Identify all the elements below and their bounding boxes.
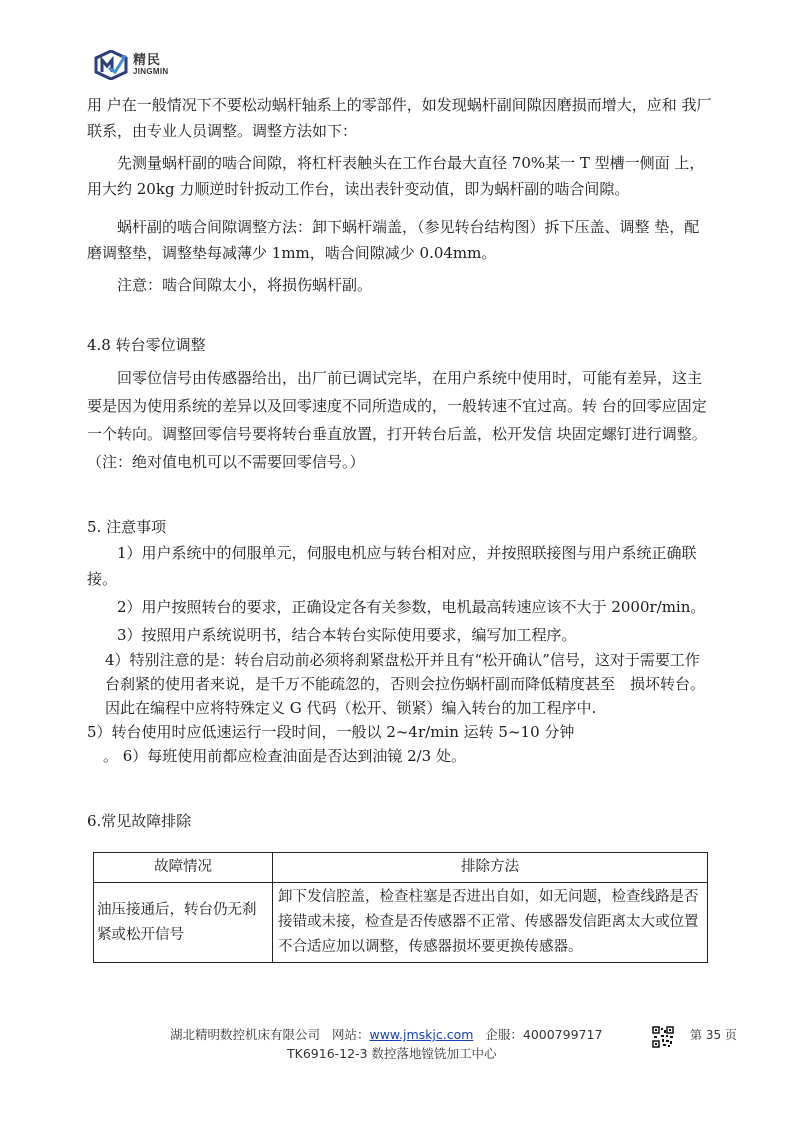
notice-item-1: 1）用户系统中的伺服单元，伺服电机应与转台相对应，并按照联接图与用户系统正确联接… — [87, 540, 713, 592]
footer-product-line: TK6916-12-3 数控落地镗铣加工中心 — [287, 1044, 497, 1062]
notice-item-3: 3）按照用户系统说明书，结合本转台实际使用要求，编写加工程序。 — [87, 622, 713, 648]
fault-troubleshooting-table: 故障情况 排除方法 油压接通后，转台仍无刹紧或松开信号 卸下发信腔盖，检查柱塞是… — [93, 852, 708, 963]
backlash-warning-note: 注意：啮合间隙太小，将损伤蜗杆副。 — [87, 272, 713, 298]
column-header-fault: 故障情况 — [94, 853, 273, 883]
notice-item-5: 5）转台使用时应低速运行一段时间，一般以 2~4r/min 运转 5~10 分钟 — [87, 720, 713, 744]
footer-contact-line: 湖北精明数控机床有限公司 网站：www.jmskjc.com 企服：400079… — [170, 1025, 602, 1043]
table-row: 油压接通后，转台仍无刹紧或松开信号 卸下发信腔盖，检查柱塞是否进出自如，如无问题… — [94, 883, 708, 963]
column-header-solution: 排除方法 — [273, 853, 708, 883]
section-heading-6: 6.常见故障排除 — [87, 808, 713, 834]
section-heading-5: 5. 注意事项 — [87, 514, 713, 540]
fault-cell: 油压接通后，转台仍无刹紧或松开信号 — [94, 883, 273, 963]
notice-item-4: 4）特别注意的是：转台启动前必须将刹紧盘松开并且有“松开确认”信号，这对于需要工… — [87, 648, 713, 720]
backlash-measure-paragraph: 先测量蜗杆副的啮合间隙，将杠杆表触头在工作台最大直径 70%某一 T 型槽一侧面… — [87, 150, 713, 202]
document-body: 用 户在一般情况下不要松动蜗杆轴系上的零部件，如发现蜗杆副间隙因磨损而增大，应和… — [87, 92, 713, 963]
notice-item-2: 2）用户按照转台的要求，正确设定各有关参数，电机最高转速应该不大于 2000r/… — [87, 592, 713, 622]
footer-service-label: 企服： — [485, 1027, 523, 1042]
zero-position-paragraph: 回零位信号由传感器给出，出厂前已调试完毕，在用户系统中使用时，可能有差异，这主要… — [87, 364, 713, 476]
worm-maintenance-paragraph: 用 户在一般情况下不要松动蜗杆轴系上的零部件，如发现蜗杆副间隙因磨损而增大，应和… — [87, 92, 713, 144]
jingmin-logo-icon — [93, 50, 129, 80]
footer-website-label: 网站： — [332, 1027, 370, 1042]
page-number: 第 35 页 — [690, 1026, 737, 1043]
notice-item-6: 。 6）每班使用前都应检查油面是否达到油镜 2/3 处。 — [87, 744, 713, 768]
company-logo: 精民 JINGMIN — [93, 50, 168, 80]
logo-chinese-name: 精民 — [133, 54, 168, 67]
footer-website-link[interactable]: www.jmskjc.com — [369, 1027, 473, 1042]
qr-code-icon — [652, 1026, 674, 1048]
solution-cell: 卸下发信腔盖，检查柱塞是否进出自如，如无问题，检查线路是否接错或未接，检查是否传… — [273, 883, 708, 963]
footer-company-name: 湖北精明数控机床有限公司 — [170, 1027, 320, 1042]
logo-english-name: JINGMIN — [133, 68, 168, 76]
backlash-adjust-paragraph: 蜗杆副的啮合间隙调整方法：卸下蜗杆端盖，（参见转台结构图）拆下压盖、调整 垫，配… — [87, 214, 713, 266]
section-heading-4-8: 4.8 转台零位调整 — [87, 332, 713, 358]
footer-service-phone: 4000799717 — [523, 1027, 603, 1042]
table-header-row: 故障情况 排除方法 — [94, 853, 708, 883]
